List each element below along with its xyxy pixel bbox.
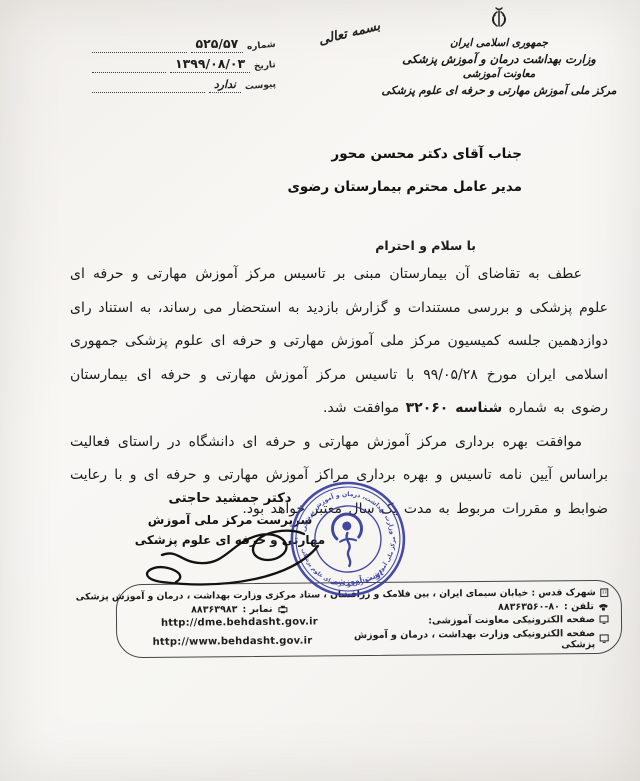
- body-paragraph-1: عطف به تقاضای آن بیمارستان مبنی بر تاسیس…: [70, 258, 608, 426]
- webpage-icon: [599, 615, 609, 624]
- date-label: تاریخ: [254, 60, 277, 74]
- edu-page-item: صفحه الکترونیکی معاونت آموزشی:: [428, 614, 609, 627]
- letterhead-org-block: جمهوری اسلامی ایران وزارت بهداشت درمان و…: [368, 5, 630, 98]
- edu-page-label: صفحه الکترونیکی معاونت آموزشی:: [428, 614, 595, 626]
- building-icon: [600, 588, 609, 597]
- edu-page-row: صفحه الکترونیکی معاونت آموزشی: http://dm…: [129, 614, 609, 629]
- dotted-leader: [92, 79, 205, 93]
- p1-end: موافقت شد.: [323, 400, 406, 416]
- org-line-center: مرکز ملی آموزش مهارتی و حرفه ای علوم پزش…: [368, 83, 630, 99]
- handwritten-signature-ink: [132, 524, 336, 592]
- date-value: ۱۳۹۹/۰۸/۰۳: [170, 56, 250, 73]
- ministry-page-item: صفحه الکترونیکی وزارت بهداشت ، درمان و آ…: [336, 627, 610, 651]
- attachment-value: ندارد: [209, 78, 241, 93]
- dotted-leader: [92, 59, 166, 73]
- fax-item: نمابر : ۸۸۳۶۳۹۸۳: [129, 603, 350, 616]
- iran-national-emblem-icon: [368, 5, 630, 35]
- ministry-page-url: http://www.behdasht.gov.ir: [153, 635, 313, 647]
- fax-value: ۸۸۳۶۳۹۸۳: [191, 604, 237, 615]
- ministry-page-row: صفحه الکترونیکی وزارت بهداشت ، درمان و آ…: [129, 627, 609, 653]
- p1-id-number-bold: شناسه ۳۲۰۶۰: [406, 400, 503, 416]
- salutation-text: با سلام و احترام: [375, 238, 476, 253]
- attachment-label: پیوست: [244, 80, 276, 95]
- org-line-deputy: معاونت آموزشی: [368, 67, 630, 83]
- phone-value: ۸۸۳۶۳۵۶۰-۸۰: [498, 601, 560, 613]
- ref-number-row: شماره ۵۲۵/۵۷: [92, 36, 276, 53]
- edu-page-url: http://dme.behdasht.gov.ir: [161, 616, 318, 628]
- phone-item: تلفن : ۸۸۳۶۳۵۶۰-۸۰: [498, 600, 609, 612]
- p1-text: عطف به تقاضای آن بیمارستان مبنی بر تاسیس…: [70, 266, 608, 416]
- ref-number-label: شماره: [247, 40, 277, 54]
- recipient-name: جناب آقای دکتر محسن محور: [287, 138, 522, 171]
- recipient-title: مدیر عامل محترم بیمارستان رضوی: [287, 171, 522, 204]
- dotted-leader: [92, 39, 187, 53]
- phone-label: تلفن :: [564, 601, 594, 612]
- letter-meta-block: شماره ۵۲۵/۵۷ تاریخ ۱۳۹۹/۰۸/۰۳ پیوست ندار…: [92, 36, 276, 96]
- edu-page-link: http://dme.behdasht.gov.ir: [129, 616, 350, 629]
- phone-fax-row: تلفن : ۸۸۳۶۳۵۶۰-۸۰ نمابر : ۸۸۳۶۳۹۸۳: [129, 600, 609, 615]
- ref-number-value: ۵۲۵/۵۷: [191, 36, 244, 53]
- phone-icon: [598, 601, 609, 610]
- org-line-country: جمهوری اسلامی ایران: [368, 36, 630, 52]
- recipient-block: جناب آقای دکتر محسن محور مدیر عامل محترم…: [287, 138, 522, 204]
- scanned-letter-page: جمهوری اسلامی ایران وزارت بهداشت درمان و…: [0, 0, 640, 781]
- org-line-ministry: وزارت بهداشت درمان و آموزش پزشکی: [368, 52, 630, 68]
- ministry-page-label: صفحه الکترونیکی وزارت بهداشت ، درمان و آ…: [336, 628, 596, 652]
- webpage-icon: [599, 634, 609, 643]
- attachment-row: پیوست ندارد: [92, 76, 276, 93]
- ministry-page-link: http://www.behdasht.gov.ir: [129, 635, 336, 648]
- fax-icon: [278, 604, 288, 613]
- caduceus-figure-icon: [331, 513, 364, 567]
- date-row: تاریخ ۱۳۹۹/۰۸/۰۳: [92, 56, 276, 73]
- fax-label: نمابر :: [242, 603, 272, 614]
